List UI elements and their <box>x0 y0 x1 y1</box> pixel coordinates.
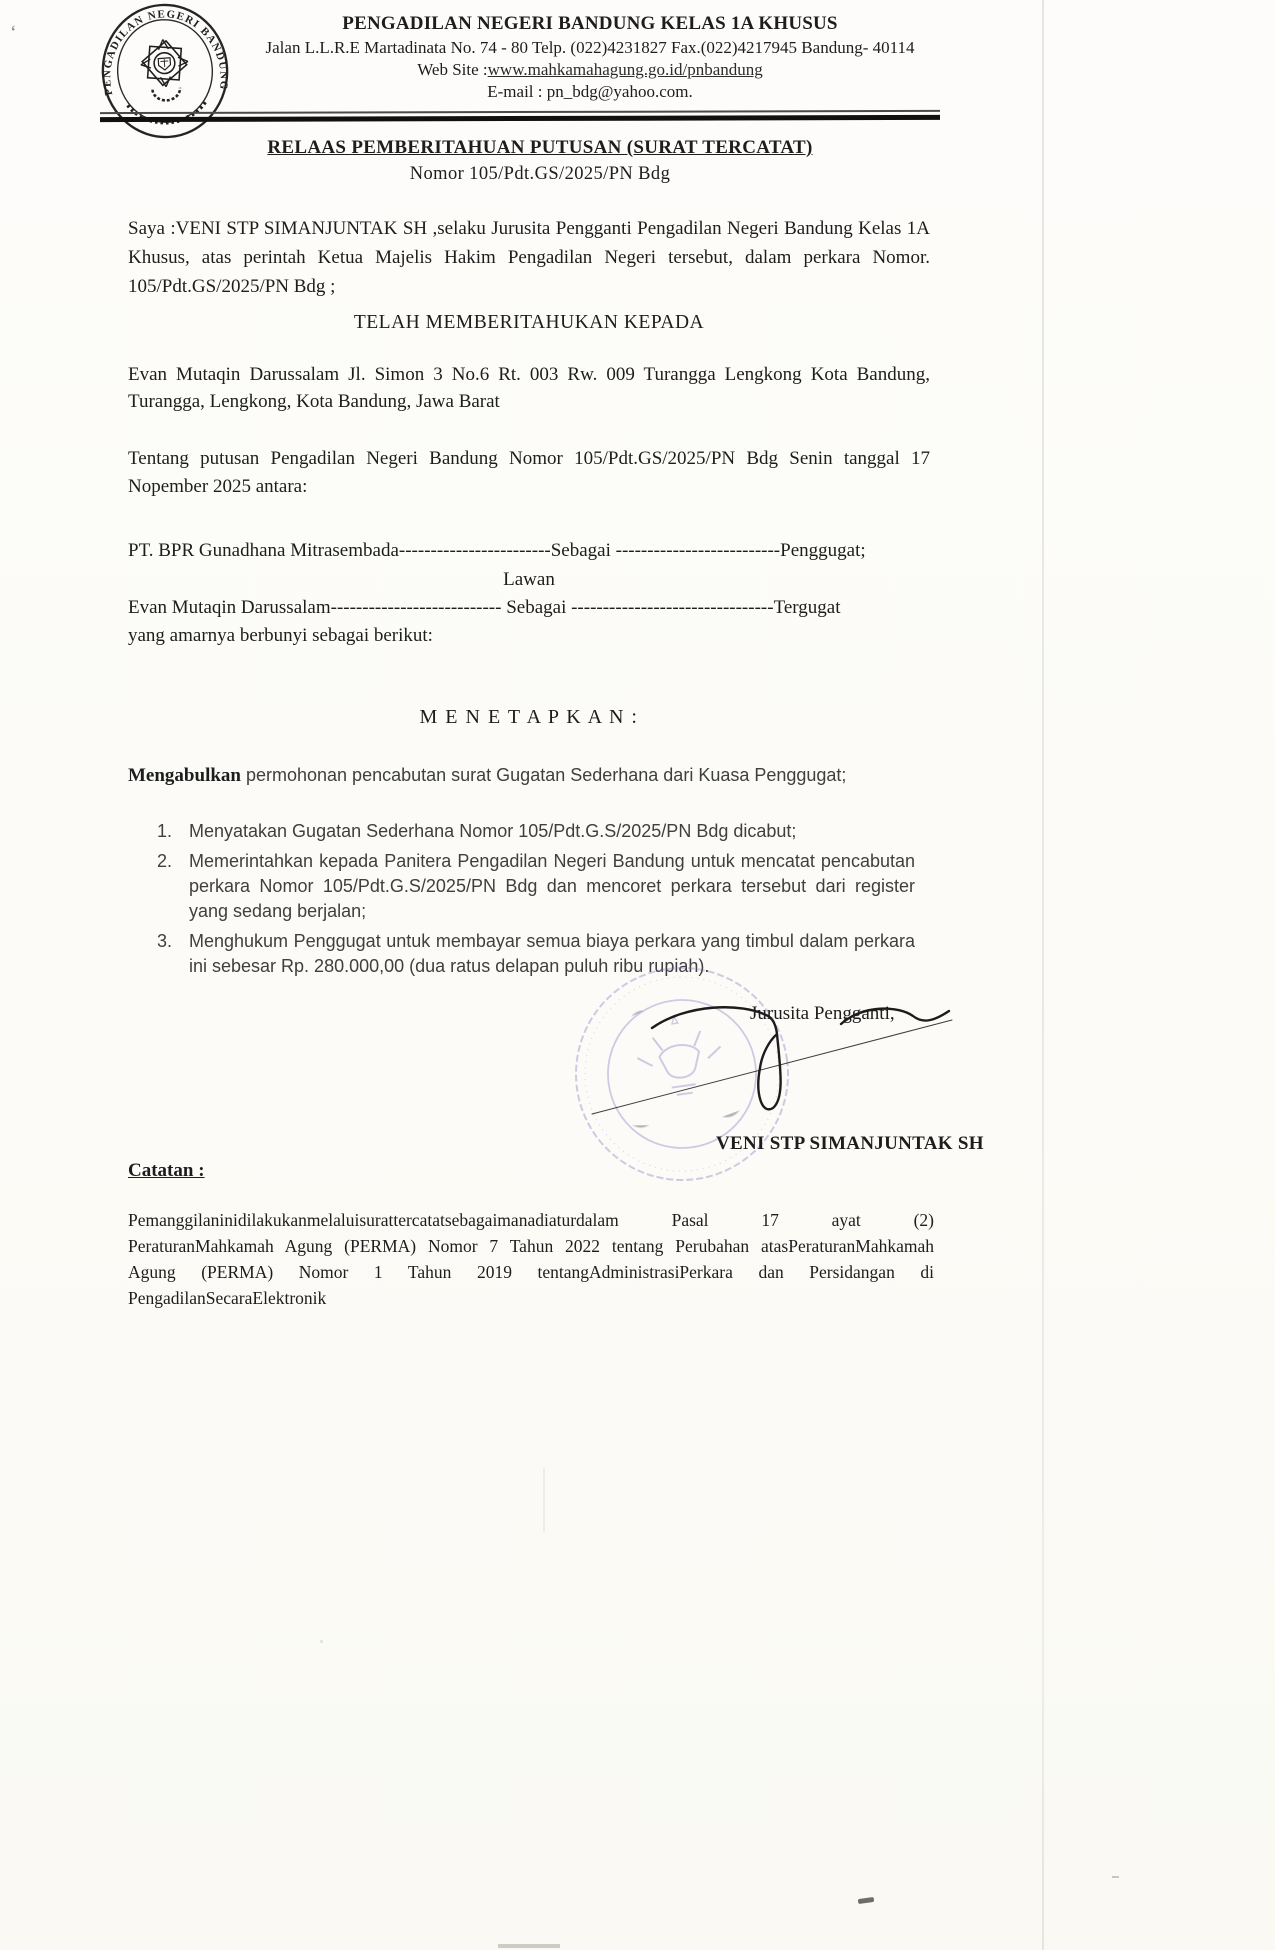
scanned-court-document: PENGADILAN NEGERI BANDUNG PENGADILAN NEG… <box>0 0 1275 1950</box>
ruling-item-text: Menghukum Penggugat untuk membayar semua… <box>189 929 915 979</box>
website-label: Web Site : <box>417 60 487 79</box>
scan-speck <box>858 1897 875 1904</box>
ruling-item: 1. Menyatakan Gugatan Sederhana Nomor 10… <box>157 819 915 844</box>
notes-paragraph: Pemanggilaninidilakukanmelaluisuratterca… <box>128 1207 934 1311</box>
about-paragraph: Tentang putusan Pengadilan Negeri Bandun… <box>128 445 930 501</box>
ruling-item: 2. Memerintahkan kepada Panitera Pengadi… <box>157 849 915 924</box>
website-row: Web Site :www.mahkamahagung.go.id/pnband… <box>235 60 945 80</box>
case-number: Nomor 105/Pdt.GS/2025/PN Bdg <box>160 164 920 185</box>
defendant-line: Evan Mutaqin Darussalam-----------------… <box>128 593 930 622</box>
website-url: www.mahkamahagung.go.id/pnbandung <box>488 60 763 79</box>
scan-speck: ‘ <box>10 22 17 45</box>
signatory-role: Jurusita Pengganti, <box>750 1003 895 1025</box>
notes-line: PeraturanMahkamah Agung (PERMA) Nomor 7 … <box>128 1233 934 1259</box>
scan-speck <box>1112 1876 1119 1878</box>
notes-line: PengadilanSecaraElektronik <box>128 1285 934 1311</box>
ruling-list: 1. Menyatakan Gugatan Sederhana Nomor 10… <box>157 819 915 984</box>
notes-line: Pemanggilaninidilakukanmelaluisuratterca… <box>128 1207 934 1233</box>
paper-fold-line <box>1042 0 1044 1950</box>
granting-line: Mengabulkan permohonan pencabutan surat … <box>128 761 930 790</box>
ruling-item-number: 2. <box>157 849 189 924</box>
ruling-item-text: Menyatakan Gugatan Sederhana Nomor 105/P… <box>189 819 915 844</box>
document-title: RELAAS PEMBERITAHUAN PUTUSAN (SURAT TERC… <box>160 137 920 159</box>
ruling-item-number: 3. <box>157 929 189 979</box>
recipient-paragraph: Evan Mutaqin Darussalam Jl. Simon 3 No.6… <box>128 361 930 415</box>
notes-line: Agung (PERMA) Nomor 1 Tahun 2019 tentang… <box>128 1259 934 1285</box>
ruling-item-number: 1. <box>157 819 189 844</box>
granting-lead-word: Mengabulkan <box>128 765 241 786</box>
notes-label: Catatan : <box>128 1160 205 1182</box>
amar-intro: yang amarnya berbunyi sebagai berikut: <box>128 621 930 650</box>
ruling-heading: M E N E T A P K A N : <box>128 703 930 732</box>
letterhead-divider-rule <box>100 110 940 122</box>
versus-label: Lawan <box>128 565 930 594</box>
scan-speck <box>320 1640 323 1643</box>
granting-rest: permohonan pencabutan surat Gugatan Sede… <box>241 765 846 785</box>
court-seal-emblem: PENGADILAN NEGERI BANDUNG <box>91 0 238 145</box>
notify-heading: TELAH MEMBERITAHUKAN KEPADA <box>128 308 930 337</box>
plaintiff-line: PT. BPR Gunadhana Mitrasembada----------… <box>128 536 930 565</box>
seal-sunburst-icon <box>139 38 189 88</box>
letterhead: PENGADILAN NEGERI BANDUNG KELAS 1A KHUSU… <box>235 13 945 102</box>
ruling-item-text: Memerintahkan kepada Panitera Pengadilan… <box>189 849 915 924</box>
opening-paragraph: Saya :VENI STP SIMANJUNTAK SH ,selaku Ju… <box>128 214 930 301</box>
signatory-name: VENI STP SIMANJUNTAK SH <box>716 1133 984 1155</box>
ruling-item: 3. Menghukum Penggugat untuk membayar se… <box>157 929 915 979</box>
court-address: Jalan L.L.R.E Martadinata No. 74 - 80 Te… <box>235 38 945 58</box>
scan-speck <box>543 1468 545 1532</box>
email-row: E-mail : pn_bdg@yahoo.com. <box>235 82 945 102</box>
court-name: PENGADILAN NEGERI BANDUNG KELAS 1A KHUSU… <box>235 13 945 35</box>
document-title-block: RELAAS PEMBERITAHUAN PUTUSAN (SURAT TERC… <box>160 137 920 185</box>
scan-speck <box>498 1944 560 1948</box>
